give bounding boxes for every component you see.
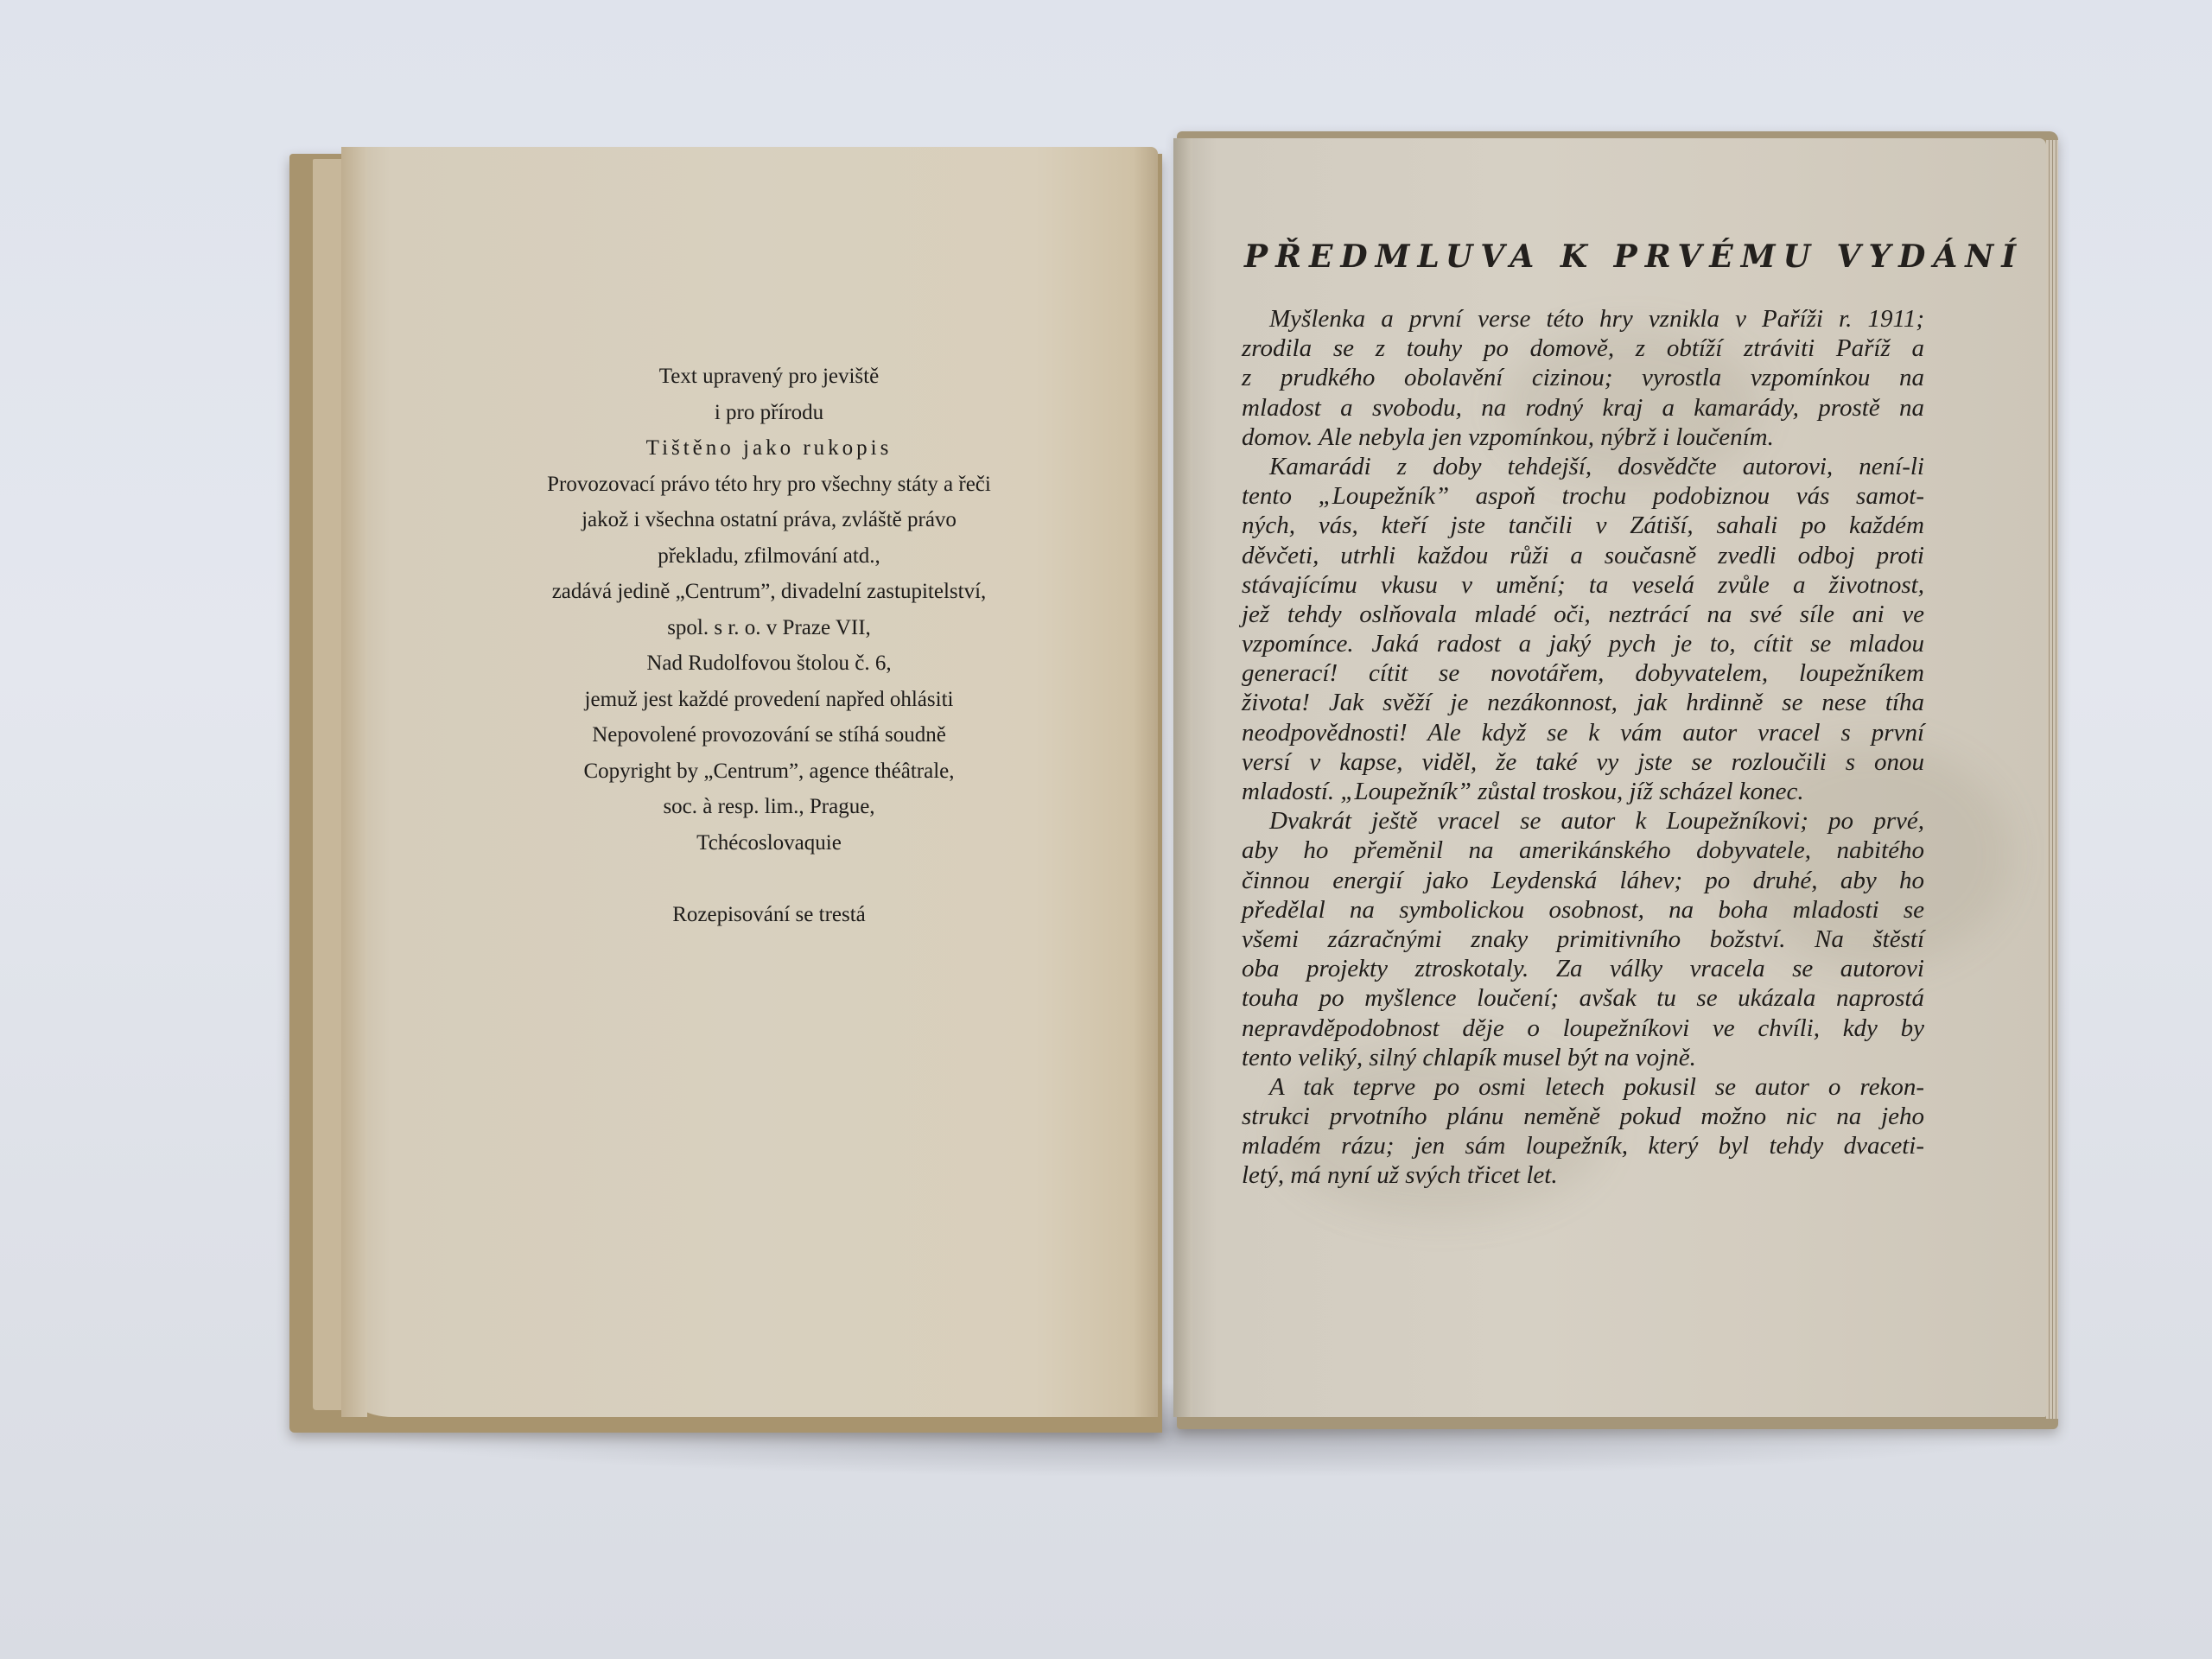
imprint-line: Tištěno jako rukopis: [449, 430, 1089, 467]
preface-body: Myšlenka a první verse této hry vznikla …: [1242, 304, 1924, 1191]
imprint-line: překladu, zfilmování atd.,: [449, 538, 1089, 575]
text-line: touha po myšlence loučení; avšak tu se u…: [1242, 983, 1924, 1013]
imprint-gap: [449, 861, 1089, 897]
text-line: letý, má nyní už svých třicet let.: [1242, 1160, 1924, 1190]
imprint-line: jakož i všechna ostatní práva, zvláště p…: [449, 502, 1089, 538]
imprint-footer: Rozepisování se trestá: [449, 897, 1089, 933]
text-line: versí v kapse, viděl, že také vy jste se…: [1242, 747, 1924, 777]
paragraph-2: Kamarádi z doby tehdejší, dosvědčte auto…: [1242, 452, 1924, 806]
text-line: mladém rázu; jen sám loupežník, který by…: [1242, 1131, 1924, 1160]
imprint-line: Nepovolené provozování se stíhá soudně: [449, 717, 1089, 753]
text-line: aby ho přeměnil na amerikánského dobyvat…: [1242, 836, 1924, 865]
imprint-line: Text upravený pro jeviště: [449, 359, 1089, 395]
text-line: oba projekty ztroskotaly. Za války vrace…: [1242, 954, 1924, 983]
text-line: předělal na symbolickou osobnost, na boh…: [1242, 895, 1924, 925]
text-line: mladost a svobodu, na rodný kraj a kamar…: [1242, 393, 1924, 423]
imprint-line: Nad Rudolfovou štolou č. 6,: [449, 645, 1089, 682]
imprint-block: Text upravený pro jeviště i pro přírodu …: [449, 359, 1089, 933]
text-line: činnou energií jako Leydenská láhev; po …: [1242, 866, 1924, 895]
paragraph-4: A tak teprve po osmi letech pokusil se a…: [1242, 1072, 1924, 1191]
left-page-fold: [341, 147, 367, 1417]
text-line: stávajícímu vkusu v umění; ta veselá zvů…: [1242, 570, 1924, 600]
text-line: z prudkého obolavění cizinou; vyrostla v…: [1242, 363, 1924, 392]
text-line: Dvakrát ještě vracel se autor k Loupežní…: [1242, 806, 1924, 836]
text-line: tento veliký, silný chlapík musel být na…: [1242, 1043, 1924, 1072]
paragraph-1: Myšlenka a první verse této hry vznikla …: [1242, 304, 1924, 452]
text-line: strukci prvotního plánu neměně pokud mož…: [1242, 1102, 1924, 1131]
imprint-line: jemuž jest každé provedení napřed ohlási…: [449, 682, 1089, 718]
right-page-gutter: [1173, 138, 1192, 1417]
imprint-line: Tchécoslovaquie: [449, 825, 1089, 861]
text-line: tento „Loupežník” aspoň trochu podobizno…: [1242, 481, 1924, 511]
imprint-line: i pro přírodu: [449, 395, 1089, 431]
text-line: domov. Ale nebyla jen vzpomínkou, nýbrž …: [1242, 423, 1924, 452]
text-line: zrodila se z touhy po domově, z obtíží z…: [1242, 334, 1924, 363]
imprint-line: Provozovací právo této hry pro všechny s…: [449, 467, 1089, 503]
imprint-line: Copyright by „Centrum”, agence théâtrale…: [449, 753, 1089, 790]
text-line: všemi zázračnými znaky primitivního božs…: [1242, 925, 1924, 954]
text-line: vzpomínce. Jaká radost a jaký pych je to…: [1242, 629, 1924, 658]
imprint-line: soc. à resp. lim., Prague,: [449, 789, 1089, 825]
text-line: mladostí. „Loupežník” zůstal troskou, jí…: [1242, 777, 1924, 806]
text-line: nepravděpodobnost děje o loupežníkovi ve…: [1242, 1014, 1924, 1043]
imprint-line: zadává jedině „Centrum”, divadelní zastu…: [449, 574, 1089, 610]
imprint-line: spol. s r. o. v Praze VII,: [449, 610, 1089, 646]
text-line: jež tehdy oslňovala mladé oči, neztrácí …: [1242, 600, 1924, 629]
text-line: života! Jak svěží je nezákonnost, jak hr…: [1242, 688, 1924, 717]
paragraph-3: Dvakrát ještě vracel se autor k Loupežní…: [1242, 806, 1924, 1072]
text-line: ných, vás, kteří jste tančili v Zátiší, …: [1242, 511, 1924, 540]
page-stack-edge: [2046, 140, 2058, 1419]
text-line: generací! cítit se novotářem, dobyvatele…: [1242, 658, 1924, 688]
preface-heading: PŘEDMLUVA K PRVÉMU VYDÁNÍ: [1244, 238, 1935, 275]
text-line: A tak teprve po osmi letech pokusil se a…: [1242, 1072, 1924, 1102]
text-line: neodpovědnosti! Ale když se k vám autor …: [1242, 718, 1924, 747]
text-line: děvčeti, utrhli každou růži a současně z…: [1242, 541, 1924, 570]
text-line: Myšlenka a první verse této hry vznikla …: [1242, 304, 1924, 334]
text-line: Kamarádi z doby tehdejší, dosvědčte auto…: [1242, 452, 1924, 481]
